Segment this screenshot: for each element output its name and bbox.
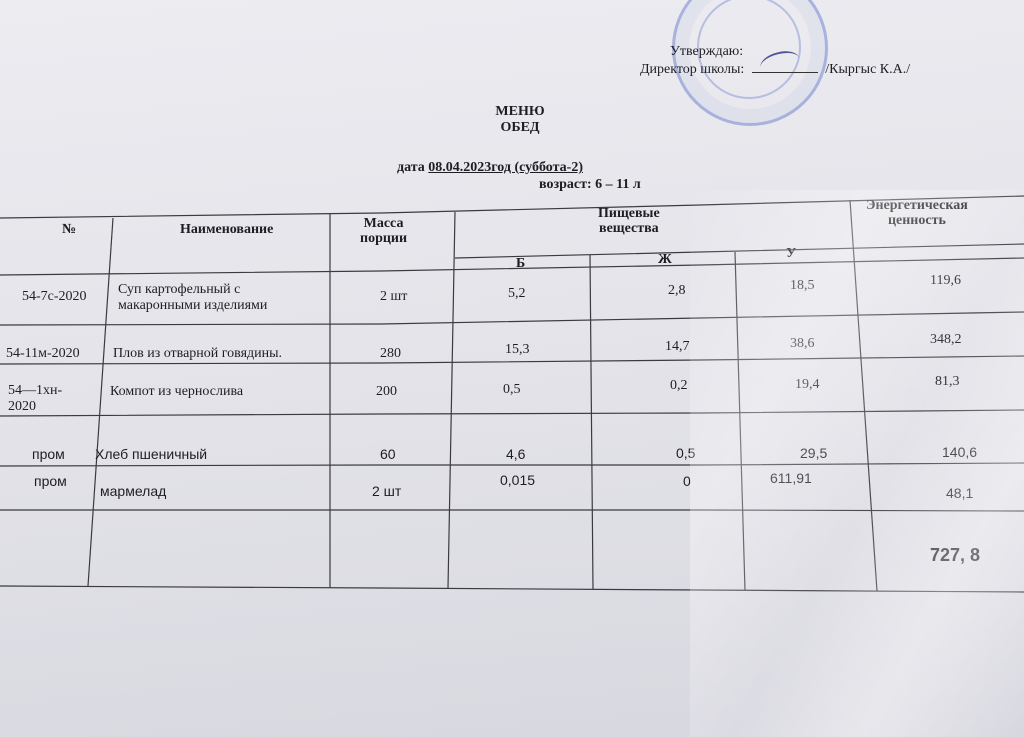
table-row-3-fat: 0,2 (670, 378, 688, 394)
table-row-1-energy: 119,6 (930, 273, 961, 289)
header-mass: Массапорции (360, 216, 407, 246)
header-number: № (62, 222, 76, 237)
table-row-5-name: мармелад (100, 483, 166, 499)
table-row-2-energy: 348,2 (930, 332, 962, 348)
table-row-2-name: Плов из отварной говядины. (113, 346, 282, 362)
header-nutrients: Пищевыевещества (598, 206, 660, 236)
table-row-5-fat: 0 (683, 473, 691, 489)
table-row-4-name: Хлеб пшеничный (95, 446, 207, 462)
table-row-4-carbs: 29,5 (800, 445, 827, 461)
table-row-2-code: 54-11м-2020 (6, 346, 80, 362)
table-row-4-energy: 140,6 (942, 444, 977, 460)
table-row-5-mass: 2 шт (372, 483, 401, 499)
table-row-2-protein: 15,3 (505, 342, 530, 358)
table-row-5-code: пром (34, 473, 67, 489)
table-row-2-mass: 280 (380, 346, 401, 362)
table-row-1-protein: 5,2 (508, 286, 526, 302)
table-row-2-fat: 14,7 (665, 339, 690, 355)
menu-sheet: Утверждаю: Директор школы: /Кыргыс К.А./… (0, 0, 1024, 737)
table-row-3-mass: 200 (376, 384, 397, 400)
table-row-1-mass: 2 шт (380, 289, 407, 305)
table-row-4-fat: 0,5 (676, 445, 695, 461)
table-row-4-code: пром (32, 446, 65, 462)
table-row-3-name: Компот из чернослива (110, 384, 243, 400)
table-row-1-name: Суп картофельный смакаронными изделиями (118, 282, 267, 314)
header-name: Наименование (180, 222, 273, 237)
table-row-5-carbs: 611,91 (770, 470, 812, 486)
total-energy: 727, 8 (930, 545, 980, 566)
table-row-1-fat: 2,8 (668, 283, 686, 299)
table-row-5-energy: 48,1 (946, 485, 973, 501)
table-grid (0, 0, 1024, 737)
table-row-3-carbs: 19,4 (795, 377, 820, 393)
table-row-1-code: 54-7с-2020 (22, 289, 87, 305)
table-row-3-protein: 0,5 (503, 382, 521, 398)
table-row-5-protein: 0,015 (500, 472, 535, 488)
header-energy: Энергетическаяценность (866, 198, 968, 228)
table-row-1-carbs: 18,5 (790, 278, 815, 294)
table-row-3-energy: 81,3 (935, 374, 960, 390)
table-row-3-code: 54—1хн-2020 (8, 383, 62, 415)
table-row-4-mass: 60 (380, 446, 396, 462)
header-fat: Ж (658, 252, 672, 267)
table-row-2-carbs: 38,6 (790, 336, 815, 352)
header-protein: Б (516, 256, 525, 271)
header-carbs: У (786, 246, 796, 261)
table-row-4-protein: 4,6 (506, 446, 525, 462)
